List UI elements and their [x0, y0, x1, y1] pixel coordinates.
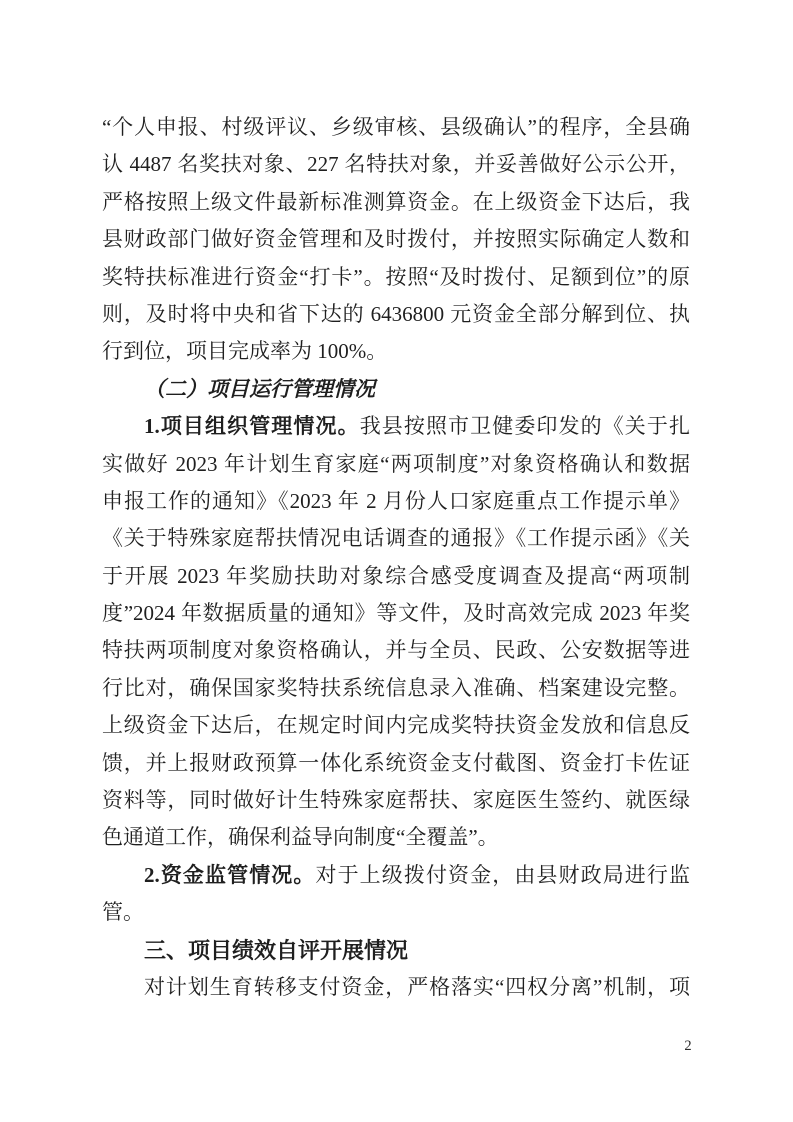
text-line: 实做好 2023 年计划生育家庭“两项制度”对象资格确认和数据 [102, 446, 690, 483]
section-heading-self-evaluation: 三、项目绩效自评开展情况 [102, 932, 690, 969]
text-line: “个人申报、村级评议、乡级审核、县级确认”的程序，全县确 [102, 109, 690, 146]
text-line: 馈，并上报财政预算一体化系统资金支付截图、资金打卡佐证 [102, 745, 690, 782]
text-line: 1.项目组织管理情况。我县按照市卫健委印发的《关于扎 [102, 408, 690, 445]
text-line: 严格按照上级文件最新标准测算资金。在上级资金下达后，我 [102, 184, 690, 221]
text-line-continuation: 对于上级拨付资金，由县财政局进行监 [316, 863, 691, 887]
text-line: 对计划生育转移支付资金，严格落实“四权分离”机制，项 [102, 969, 690, 1006]
text-line: 上级资金下达后，在规定时间内完成奖特扶资金发放和信息反 [102, 707, 690, 744]
text-line: 则，及时将中央和省下达的 6436800 元资金全部分解到位、执 [102, 296, 690, 333]
text-line: 县财政部门做好资金管理和及时拨付，并按照实际确定人数和 [102, 221, 690, 258]
text-line: 于开展 2023 年奖励扶助对象综合感受度调查及提高“两项制 [102, 558, 690, 595]
text-line: 色通道工作，确保利益导向制度“全覆盖”。 [102, 819, 690, 856]
subsection-heading-operation-management: （二）项目运行管理情况 [102, 371, 690, 408]
text-line-continuation: 我县按照市卫健委印发的《关于扎 [360, 414, 690, 438]
text-line: 特扶两项制度对象资格确认，并与全员、民政、公安数据等进 [102, 632, 690, 669]
run-in-heading-fund-supervision: 2.资金监管情况。 [144, 863, 316, 887]
text-line: 2.资金监管情况。对于上级拨付资金，由县财政局进行监 [102, 857, 690, 894]
page-number: 2 [678, 1036, 698, 1056]
text-line: 行比对，确保国家奖特扶系统信息录入准确、档案建设完整。 [102, 670, 690, 707]
document-body: “个人申报、村级评议、乡级审核、县级确认”的程序，全县确 认 4487 名奖扶对… [102, 109, 690, 1006]
text-line: 申报工作的通知》《2023 年 2 月份人口家庭重点工作提示单》 [102, 483, 690, 520]
text-line: 行到位，项目完成率为 100%。 [102, 333, 690, 370]
text-line: 奖特扶标准进行资金“打卡”。按照“及时拨付、足额到位”的原 [102, 259, 690, 296]
document-page: “个人申报、村级评议、乡级审核、县级确认”的程序，全县确 认 4487 名奖扶对… [0, 0, 793, 1122]
text-line: 度”2024 年数据质量的通知》等文件，及时高效完成 2023 年奖 [102, 595, 690, 632]
text-line: 《关于特殊家庭帮扶情况电话调查的通报》《工作提示函》《关 [102, 520, 690, 557]
text-line: 认 4487 名奖扶对象、227 名特扶对象，并妥善做好公示公开， [102, 146, 690, 183]
run-in-heading-organization-management: 1.项目组织管理情况。 [144, 414, 360, 438]
text-line: 管。 [102, 894, 690, 931]
text-line: 资料等，同时做好计生特殊家庭帮扶、家庭医生签约、就医绿 [102, 782, 690, 819]
